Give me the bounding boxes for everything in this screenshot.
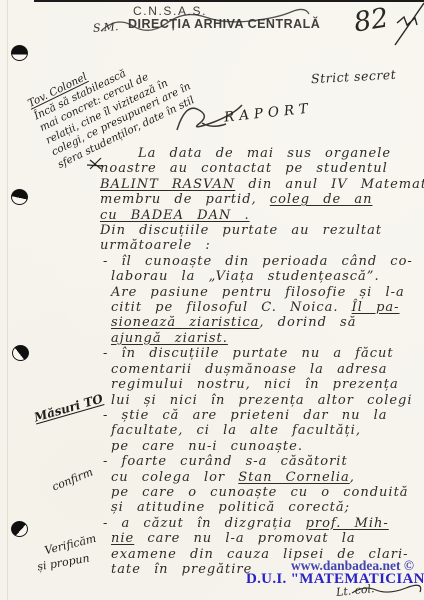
scanned-document-page: C.N.S.A.S. DIRECȚIA ARHIVA CENTRALĂ S.M.… [0,0,424,600]
bottom-signature-scrawl-icon [352,585,421,593]
ink-scrawl-overlay [0,0,424,600]
margin-asterisk-icon [87,158,103,169]
stamp-signature-scrawl-icon [101,9,309,31]
page-number-flourish-icon [395,3,424,45]
report-signature-scrawl-icon [177,105,242,130]
